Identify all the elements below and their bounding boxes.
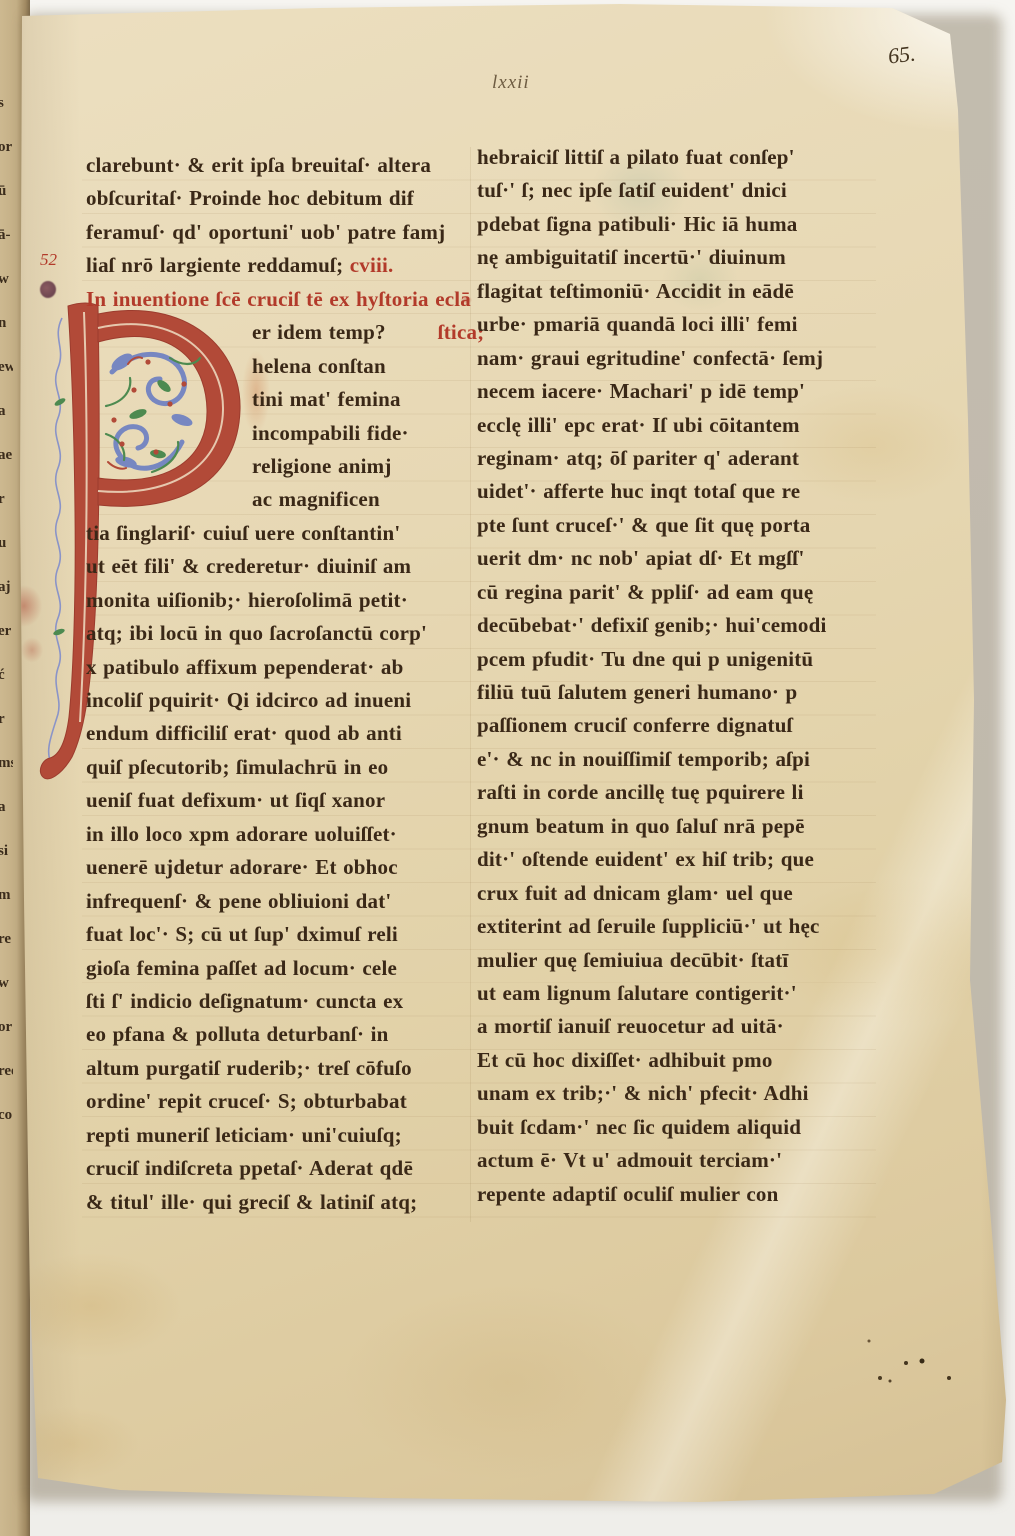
manuscript-text-line: ueniſ fuat defixum· ut ſiqſ xanor — [86, 784, 490, 817]
manuscript-text-line: uerit dm· nc nob' apiat dſ· Et mgſſ' — [477, 542, 881, 575]
manuscript-text-line: repti muneriſ leticiam· uni'cuiuſq; — [86, 1119, 490, 1152]
body-text: ac magnificen — [252, 487, 380, 511]
body-text: actum ē· Vt u' admouit terciam·' — [477, 1148, 782, 1172]
body-text: fuat loc'· S; cū ut ſup' dximuſ reli — [86, 922, 398, 946]
manuscript-text-line: raſti in corde ancillę tuę pquirere li — [477, 776, 881, 809]
manuscript-text-line: uenerē ujdetur adorare· Et obhoc — [86, 851, 490, 884]
manuscript-text-line: tuſ·' ſ; nec ipſe ſatiſ euident' dnici — [477, 174, 881, 207]
manuscript-text-line: uidet'· afferte huc inqt totaſ que re — [477, 475, 881, 508]
body-text: urbe· pmariā quandā loci illi' femi — [477, 312, 798, 336]
manuscript-text-line: monita uiſionib;· hieroſolimā petit· — [86, 584, 490, 617]
body-text: altum purgatiſ ruderib;· treſ cōfuſo — [86, 1056, 412, 1080]
body-text: atq; ibi locū in quo ſacroſanctū corp' — [86, 621, 427, 645]
cut-off-letter-fragment: ū — [0, 183, 13, 201]
manuscript-text-line: filiū tuū ſalutem generi humano· p — [477, 676, 881, 709]
manuscript-text-line: & titul' ille· qui greciſ & latiniſ atq; — [86, 1186, 490, 1219]
body-text: repti muneriſ leticiam· uni'cuiuſq; — [86, 1123, 402, 1147]
body-text: incoliſ pquirit· Qi idcirco ad inueni — [86, 688, 411, 712]
body-text: x patibulo affixum pependerat· ab — [86, 655, 403, 679]
cut-off-letter-fragment: m — [0, 887, 13, 905]
folio-page: lxxii 65. 52 — [0, 0, 1015, 1536]
manuscript-text-line: ut eam lignum ſalutare contigerit·' — [477, 977, 881, 1010]
manuscript-text-line: liaſ nrō largiente reddamuſ; cviii. — [86, 249, 490, 282]
cut-off-letter-fragment: or — [0, 1019, 13, 1037]
body-text: ecclę illi' epc erat· Iſ ubi cōitantem — [477, 413, 800, 437]
cut-off-letter-fragment: ā- — [0, 227, 13, 245]
cut-off-letter-fragment: si — [0, 843, 13, 861]
manuscript-text-line: ecclę illi' epc erat· Iſ ubi cōitantem — [477, 409, 881, 442]
manuscript-text-line: paſſionem cruciſ conferre dignatuſ — [477, 709, 881, 742]
manuscript-text-line: flagitat teſtimoniū· Accidit in eādē — [477, 275, 881, 308]
manuscript-text-line: gioſa femina paſſet ad locum· cele — [86, 952, 490, 985]
body-text: incompabili fide· — [252, 421, 409, 445]
body-text: cruciſ indiſcreta ppetaſ· Aderat qdē — [86, 1156, 413, 1180]
body-text: monita uiſionib;· hieroſolimā petit· — [86, 588, 408, 612]
manuscript-text-line: tia ſinglariſ· cuiuſ uere conſtantin' — [86, 517, 490, 550]
body-text: nę ambiguitatiſ incertū·' diuinum — [477, 245, 786, 269]
body-text: ut eam lignum ſalutare contigerit·' — [477, 981, 797, 1005]
manuscript-text-line: quiſ pſecutorib; ſimulachrū in eo — [86, 751, 490, 784]
body-text: buit ſcdam·' nec ſic quidem aliquid — [477, 1115, 801, 1139]
manuscript-text-line: reginam· atq; ōſ pariter q' aderant — [477, 442, 881, 475]
manuscript-text-line: fuat loc'· S; cū ut ſup' dximuſ reli — [86, 918, 490, 951]
body-text: gnum beatum in quo ſaluſ nrā pepē — [477, 814, 805, 838]
manuscript-text-line: pdebat ſigna patibuli· Hic iā huma — [477, 208, 881, 241]
left-text-column: clarebunt· & erit ipſa breuitaſ· alterao… — [86, 149, 490, 1219]
body-text: Et cū hoc dixiſſet· adhibuit pmo — [477, 1048, 773, 1072]
cut-off-letter-fragment: er — [0, 623, 13, 641]
body-text: tuſ·' ſ; nec ipſe ſatiſ euident' dnici — [477, 178, 787, 202]
manuscript-text-line: crux fuit ad dnicam glam· uel que — [477, 877, 881, 910]
manuscript-text-line: gnum beatum in quo ſaluſ nrā pepē — [477, 810, 881, 843]
cut-off-letter-fragment: ree — [0, 1063, 13, 1081]
body-text: raſti in corde ancillę tuę pquirere li — [477, 780, 804, 804]
cut-off-letter-fragment: w — [0, 975, 13, 993]
pen-flourish — [49, 318, 62, 764]
cut-off-letter-fragment: ew — [0, 359, 13, 377]
body-text: decūbebat·' defixiſ genib;· hui'cemodi — [477, 613, 827, 637]
body-text: filiū tuū ſalutem generi humano· p — [477, 680, 797, 704]
cut-off-letter-fragment: ae — [0, 447, 13, 465]
cut-off-letter-fragment: r — [0, 491, 13, 509]
cut-off-letter-fragment: a — [0, 403, 13, 421]
body-text: tini mat' femina — [252, 387, 401, 411]
manuscript-text-line: incoliſ pquirit· Qi idcirco ad inueni — [86, 684, 490, 717]
body-text: uidet'· afferte huc inqt totaſ que re — [477, 479, 800, 503]
previous-folio-text-fragments: sorūā-wnewaaeruajerćrmsasimreworreeco — [1, 95, 16, 1125]
manuscript-text-line: pte ſunt cruceſ·' & que ſit quę porta — [477, 509, 881, 542]
manuscript-text-line: repente adaptiſ oculiſ mulier con — [477, 1178, 881, 1211]
body-text: & titul' ille· qui greciſ & latiniſ atq; — [86, 1190, 417, 1214]
manuscript-text-line: altum purgatiſ ruderib;· treſ cōfuſo — [86, 1052, 490, 1085]
body-text: quiſ pſecutorib; ſimulachrū in eo — [86, 755, 388, 779]
manuscript-text-line: atq; ibi locū in quo ſacroſanctū corp' — [86, 617, 490, 650]
manuscript-text-line: In inuentione ſcē cruciſ tē ex hyſtoria … — [86, 283, 490, 316]
manuscript-text-line: cruciſ indiſcreta ppetaſ· Aderat qdē — [86, 1152, 490, 1185]
manuscript-text-line: cū regina parit' & ppliſ· ad eam quę — [477, 576, 881, 609]
cut-off-letter-fragment: r — [0, 711, 13, 729]
cut-off-letter-fragment: s — [0, 95, 13, 113]
manuscript-text-line: hebraiciſ littiſ a pilato fuat conſep' — [477, 141, 881, 174]
manuscript-text-line: helena conſtan — [86, 350, 490, 383]
body-text: ſti ſ' indicio deſignatum· cuncta ex — [86, 989, 403, 1013]
cut-off-letter-fragment: u — [0, 535, 13, 553]
manuscript-text-line: incompabili fide· — [86, 417, 490, 450]
body-text: pdebat ſigna patibuli· Hic iā huma — [477, 212, 797, 236]
cut-off-letter-fragment: co — [0, 1107, 13, 1125]
body-text: ueniſ fuat defixum· ut ſiqſ xanor — [86, 788, 385, 812]
manuscript-text-line: religione animj — [86, 450, 490, 483]
body-text: helena conſtan — [252, 354, 386, 378]
body-text: clarebunt· & erit ipſa breuitaſ· altera — [86, 153, 431, 177]
body-text: unam ex trib;·' & nich' pfecit· Adhi — [477, 1081, 809, 1105]
right-text-column: hebraiciſ littiſ a pilato fuat conſep'tu… — [477, 141, 881, 1211]
body-text: endum difficiliſ erat· quod ab anti — [86, 721, 402, 745]
body-text: hebraiciſ littiſ a pilato fuat conſep' — [477, 145, 795, 169]
body-text: paſſionem cruciſ conferre dignatuſ — [477, 713, 793, 737]
body-text: liaſ nrō largiente reddamuſ; — [86, 253, 350, 277]
manuscript-text-line: feramuſ· qd' oportuni' uob' patre famj — [86, 216, 490, 249]
manuscript-text-line: nam· graui egritudine' confectā· ſemj — [477, 342, 881, 375]
body-text: feramuſ· qd' oportuni' uob' patre famj — [86, 220, 445, 244]
manuscript-text-line: e'· & nc in nouiſſimiſ temporib; aſpi — [477, 743, 881, 776]
body-text: cū regina parit' & ppliſ· ad eam quę — [477, 580, 813, 604]
body-text: obſcuritaſ· Proinde hoc debitum dif — [86, 186, 414, 210]
manuscript-text-line: obſcuritaſ· Proinde hoc debitum dif — [86, 182, 490, 215]
manuscript-text-line: eo pfana & polluta deturbanſ· in — [86, 1018, 490, 1051]
body-text: pte ſunt cruceſ·' & que ſit quę porta — [477, 513, 810, 537]
manuscript-text-line: necem iacere· Machari' p idē temp' — [477, 375, 881, 408]
cut-off-letter-fragment: re — [0, 931, 13, 949]
manuscript-text-line: decūbebat·' defixiſ genib;· hui'cemodi — [477, 609, 881, 642]
manuscript-text-line: urbe· pmariā quandā loci illi' femi — [477, 308, 881, 341]
cut-off-letter-fragment: ms — [0, 755, 13, 773]
body-text: dit·' oſtende euident' ex hiſ trib; que — [477, 847, 814, 871]
body-text: tia ſinglariſ· cuiuſ uere conſtantin' — [86, 521, 400, 545]
body-text: eo pfana & polluta deturbanſ· in — [86, 1022, 389, 1046]
body-text: flagitat teſtimoniū· Accidit in eādē — [477, 279, 794, 303]
body-text: in illo loco xpm adorare uoluiſſet· — [86, 822, 397, 846]
manuscript-text-line: a mortiſ ianuiſ reuocetur ad uitā· — [477, 1010, 881, 1043]
cut-off-letter-fragment: or — [0, 139, 13, 157]
cut-off-letter-fragment: ć — [0, 667, 13, 685]
body-text: ut eēt fili' & crederetur· diuiniſ am — [86, 554, 411, 578]
manuscript-text-line: endum difficiliſ erat· quod ab anti — [86, 717, 490, 750]
body-text: nam· graui egritudine' confectā· ſemj — [477, 346, 823, 370]
manuscript-photo: sorūā-wnewaaeruajerćrmsasimreworreeco lx… — [0, 0, 1015, 1536]
manuscript-text-line: mulier quę ſemiuiua decūbit· ſtatī — [477, 944, 881, 977]
manuscript-text-line: unam ex trib;·' & nich' pfecit· Adhi — [477, 1077, 881, 1110]
body-text: uenerē ujdetur adorare· Et obhoc — [86, 855, 398, 879]
manuscript-text-line: buit ſcdam·' nec ſic quidem aliquid — [477, 1111, 881, 1144]
manuscript-text-line: in illo loco xpm adorare uoluiſſet· — [86, 818, 490, 851]
manuscript-text-line: ſti ſ' indicio deſignatum· cuncta ex — [86, 985, 490, 1018]
ink-dot — [40, 281, 56, 298]
manuscript-text-line: x patibulo affixum pependerat· ab — [86, 651, 490, 684]
manuscript-text-line: pcem pfudit· Tu dne qui p unigenitū — [477, 643, 881, 676]
body-text: uerit dm· nc nob' apiat dſ· Et mgſſ' — [477, 546, 805, 570]
body-text: er idem temp? — [252, 320, 386, 344]
rubric-text: cviii. — [350, 253, 394, 277]
manuscript-text-line: Et cū hoc dixiſſet· adhibuit pmo — [477, 1044, 881, 1077]
body-text: ordine' repit cruceſ· S; obturbabat — [86, 1089, 407, 1113]
body-text: necem iacere· Machari' p idē temp' — [477, 379, 805, 403]
body-text: reginam· atq; ōſ pariter q' aderant — [477, 446, 799, 470]
quire-heading-numeral: lxxii — [492, 72, 530, 94]
manuscript-text-line: clarebunt· & erit ipſa breuitaſ· altera — [86, 149, 490, 182]
manuscript-text-line: extiterint ad ſeruile ſuppliciū·' ut hęc — [477, 910, 881, 943]
margin-annotation-number: 52 — [40, 250, 57, 270]
manuscript-text-line: ut eēt fili' & crederetur· diuiniſ am — [86, 550, 490, 583]
body-text: a mortiſ ianuiſ reuocetur ad uitā· — [477, 1014, 784, 1038]
manuscript-text-line: infrequenſ· & pene obliuioni dat' — [86, 885, 490, 918]
manuscript-text-line: ac magnificen — [86, 483, 490, 516]
body-text: infrequenſ· & pene obliuioni dat' — [86, 889, 391, 913]
body-text: religione animj — [252, 454, 392, 478]
cut-off-letter-fragment: n — [0, 315, 13, 333]
manuscript-text-line: tini mat' femina — [86, 383, 490, 416]
body-text: e'· & nc in nouiſſimiſ temporib; aſpi — [477, 747, 810, 771]
body-text: gioſa femina paſſet ad locum· cele — [86, 956, 397, 980]
manuscript-text-line: ordine' repit cruceſ· S; obturbabat — [86, 1085, 490, 1118]
body-text: pcem pfudit· Tu dne qui p unigenitū — [477, 647, 813, 671]
manuscript-text-line: er idem temp?ſtica; — [86, 316, 490, 349]
cut-off-letter-fragment: aj — [0, 579, 13, 597]
manuscript-text-line: actum ē· Vt u' admouit terciam·' — [477, 1144, 881, 1177]
cut-off-letter-fragment: a — [0, 799, 13, 817]
cut-off-letter-fragment: w — [0, 271, 13, 289]
body-text: extiterint ad ſeruile ſuppliciū·' ut hęc — [477, 914, 820, 938]
body-text: crux fuit ad dnicam glam· uel que — [477, 881, 793, 905]
rubric-text: In inuentione ſcē cruciſ tē ex hyſtoria … — [86, 287, 471, 311]
folio-number: 65. — [887, 40, 917, 69]
manuscript-text-line: dit·' oſtende euident' ex hiſ trib; que — [477, 843, 881, 876]
body-text: repente adaptiſ oculiſ mulier con — [477, 1182, 778, 1206]
body-text: mulier quę ſemiuiua decūbit· ſtatī — [477, 948, 788, 972]
manuscript-text-line: nę ambiguitatiſ incertū·' diuinum — [477, 241, 881, 274]
